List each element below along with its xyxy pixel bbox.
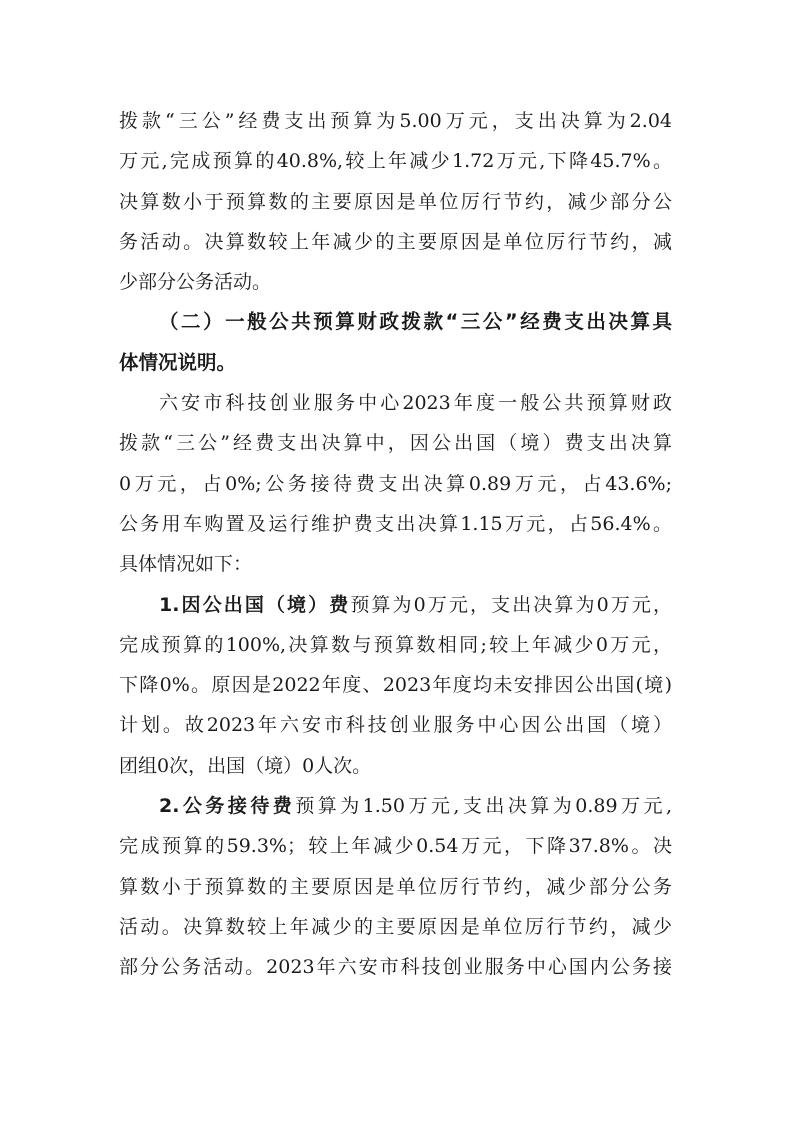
text-line: 完成预算的100%,决算数与预算数相同;较上年减少0万元， xyxy=(119,628,672,668)
text-line: 拨款“三公”经费支出决算中，因公出国（境）费支出决算 xyxy=(119,426,672,466)
text-line: 算数小于预算数的主要原因是单位厉行节约，减少部分公务 xyxy=(119,870,672,910)
text-line: 1.因公出国（境）费预算为0万元，支出决算为0万元， xyxy=(119,588,672,628)
text-line: 活动。决算数较上年减少的主要原因是单位厉行节约，减少 xyxy=(119,910,672,950)
text-line: 六安市科技创业服务中心2023年度一般公共预算财政 xyxy=(119,386,672,426)
text-line: 拨款“三公”经费支出预算为5.00万元，支出决算为2.04 xyxy=(119,104,672,144)
item-title: 2.公务接待费 xyxy=(159,795,295,817)
text-line: 决算数小于预算数的主要原因是单位厉行节约，减少部分公 xyxy=(119,185,672,225)
text-line: 部分公务活动。2023年六安市科技创业服务中心国内公务接 xyxy=(119,950,672,990)
text-line: 计划。故2023年六安市科技创业服务中心因公出国（境） xyxy=(119,708,672,748)
paragraph-sangong-breakdown: 六安市科技创业服务中心2023年度一般公共预算财政 拨款“三公”经费支出决算中，… xyxy=(119,386,672,587)
text-line: 完成预算的59.3%；较上年减少0.54万元，下降37.8%。决 xyxy=(119,829,672,869)
text-line: 2.公务接待费预算为1.50万元,支出决算为0.89万元, xyxy=(119,789,672,829)
item-overseas-travel: 1.因公出国（境）费预算为0万元，支出决算为0万元， 完成预算的100%,决算数… xyxy=(119,588,672,789)
text-line: 团组0次，出国（境）0人次。 xyxy=(119,749,672,789)
document-page: 拨款“三公”经费支出预算为5.00万元，支出决算为2.04 万元,完成预算的40… xyxy=(119,104,672,991)
text-line: 下降0%。原因是2022年度、2023年度均未安排因公出国(境) xyxy=(119,668,672,708)
text-line: 少部分公务活动。 xyxy=(119,265,672,305)
text-line: 具体情况如下： xyxy=(119,547,672,587)
text-line: 公务用车购置及运行维护费支出决算1.15万元，占56.4%。 xyxy=(119,507,672,547)
item-title: 1.因公出国（境）费 xyxy=(159,594,350,616)
item-text: 预算为1.50万元,支出决算为0.89万元, xyxy=(295,795,672,817)
item-text: 预算为0万元，支出决算为0万元， xyxy=(350,594,672,616)
text-line: 万元,完成预算的40.8%,较上年减少1.72万元,下降45.7%。 xyxy=(119,144,672,184)
text-line: 0万元，占0%;公务接待费支出决算0.89万元，占43.6%; xyxy=(119,467,672,507)
section-heading-2: （二）一般公共预算财政拨款“三公”经费支出决算具 体情况说明。 xyxy=(119,305,672,386)
text-line: 务活动。决算数较上年减少的主要原因是单位厉行节约，减 xyxy=(119,225,672,265)
paragraph-sangong-summary: 拨款“三公”经费支出预算为5.00万元，支出决算为2.04 万元,完成预算的40… xyxy=(119,104,672,305)
heading-line: 体情况说明。 xyxy=(119,346,672,386)
item-official-reception: 2.公务接待费预算为1.50万元,支出决算为0.89万元, 完成预算的59.3%… xyxy=(119,789,672,990)
heading-line: （二）一般公共预算财政拨款“三公”经费支出决算具 xyxy=(119,305,672,345)
